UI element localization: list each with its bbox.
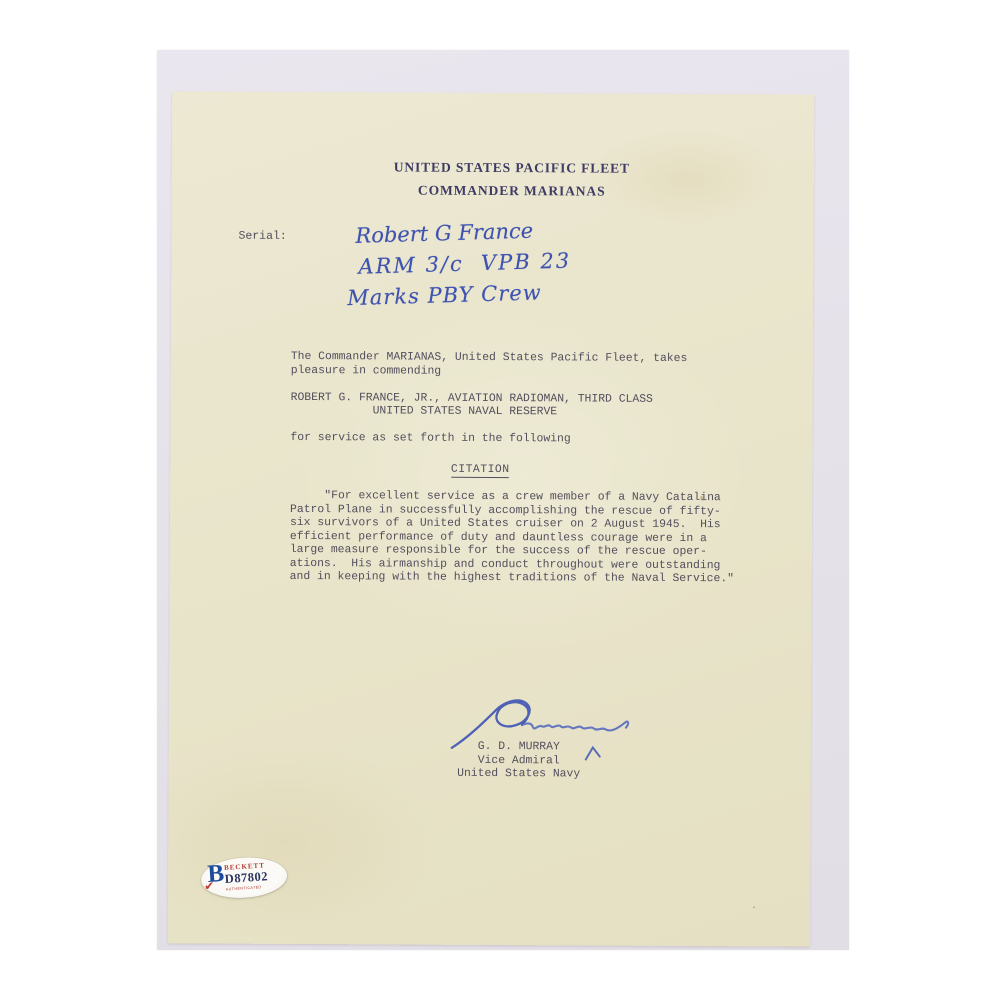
typed-signature-block: G. D. MURRAY Vice Admiral United States … bbox=[419, 741, 619, 783]
beckett-authentication-sticker: B ✔ BECKETT D87802 AUTHENTICATED bbox=[200, 855, 288, 900]
letter-paper: UNITED STATES PACIFIC FLEET COMMANDER MA… bbox=[168, 91, 814, 946]
beckett-b-icon: B ✔ bbox=[205, 866, 224, 893]
letterhead: UNITED STATES PACIFIC FLEET COMMANDER MA… bbox=[212, 155, 812, 204]
serial-label: Serial: bbox=[238, 230, 286, 243]
letterhead-line2: COMMANDER MARIANAS bbox=[212, 178, 812, 204]
paper-speck bbox=[753, 906, 755, 908]
checkmark-icon: ✔ bbox=[204, 879, 215, 894]
inscription-line-crew: Marks PBY Crew bbox=[347, 276, 573, 314]
beckett-status-label: AUTHENTICATED bbox=[225, 886, 261, 892]
citation-heading: CITATION bbox=[290, 463, 670, 477]
handwritten-inscription: Robert G France ARM 3/c VPB 23 Marks PBY… bbox=[345, 215, 572, 315]
document-photo: UNITED STATES PACIFIC FLEET COMMANDER MA… bbox=[0, 0, 1000, 1000]
typed-signature-org: United States Navy bbox=[419, 768, 619, 783]
typed-signature-title: Vice Admiral bbox=[419, 754, 619, 769]
paper-speck bbox=[700, 496, 703, 499]
commendation-intro-text: The Commander MARIANAS, United States Pa… bbox=[290, 351, 687, 448]
letterhead-line1: UNITED STATES PACIFIC FLEET bbox=[212, 155, 812, 181]
citation-text: "For excellent service as a crew member … bbox=[290, 490, 735, 587]
typed-signature-name: G. D. MURRAY bbox=[419, 741, 619, 756]
beckett-serial-number: D87802 bbox=[224, 869, 282, 885]
